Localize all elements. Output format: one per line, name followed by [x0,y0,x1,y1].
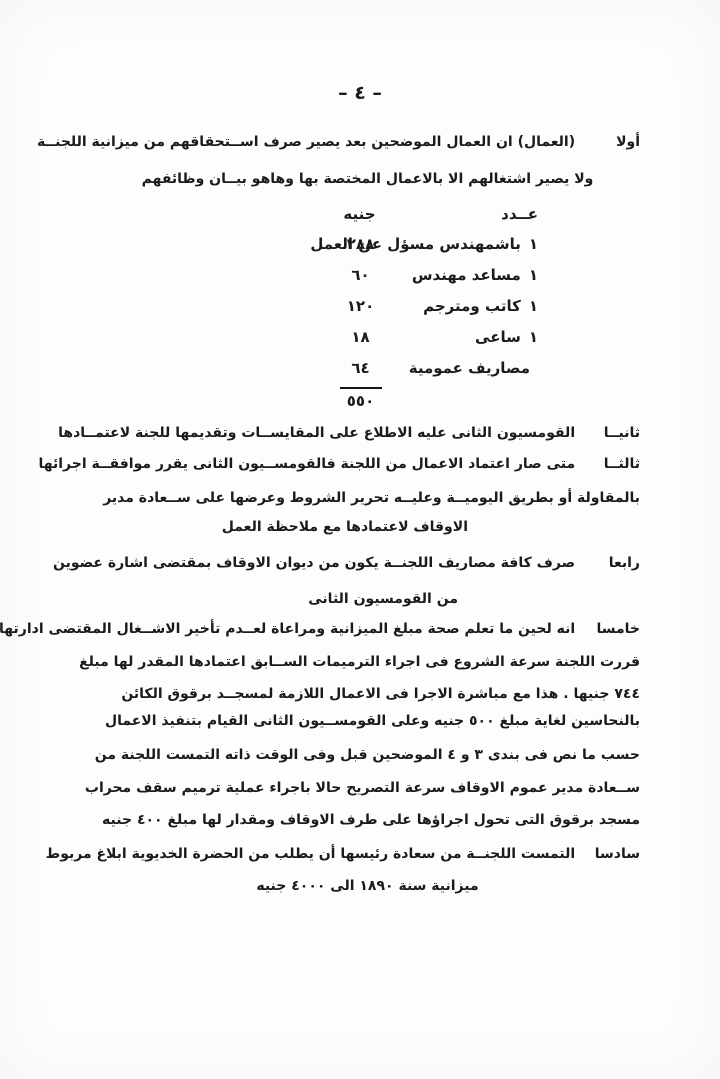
row-count: ١ [529,235,538,253]
page-number: – ٤ – [0,82,720,104]
clause-3-text: متى صار اعتماد الاعمال من اللجنة فالقومس… [38,456,575,472]
clause-4-text: صرف كافة مصاريف اللجنــة يكون من ديوان ا… [53,555,575,571]
row-label: مصاريف عمومية [409,359,530,377]
row-count: ١ [529,328,538,346]
clause-3-line-3: الاوقاف لاعتمادها مع ملاحظة العمل [95,515,640,539]
row-label: ساعى [475,328,521,346]
table-total-row: ٥٥٠ [323,385,538,410]
budget-table: عــدد جنيه ١ باشمهندس مسؤل عن العمل ٢٨٨ … [323,200,538,410]
table-row: ١ كاتب ومترجم ١٢٠ [323,290,538,321]
clause-3-marker: ثالثــا [580,452,640,476]
clause-5-line-5: حسب ما نص فى بندى ٣ و ٤ الموضحين قبل وفى… [95,743,640,767]
clause-5-line-4: بالنحاسين لغاية مبلغ ٥٠٠ جنيه وعلى القوم… [95,709,640,733]
clause-2-text: القومسيون الثانى عليه الاطلاع على المقاي… [58,425,575,441]
total-rule [340,387,382,389]
row-label: كاتب ومترجم [423,297,521,315]
row-amount: ٦٠ [323,266,398,284]
clause-3-line-1: ثالثــا متى صار اعتماد الاعمال من اللجنة… [95,452,640,476]
clause-4-line-1: رابعا صرف كافة مصاريف اللجنــة يكون من د… [95,551,640,575]
row-amount: ٢٨٨ [323,235,398,253]
row-amount: ١٢٠ [323,297,398,315]
clause-5-line-1: خامسا انه لحين ما تعلم صحة مبلغ الميزاني… [95,617,640,641]
clause-2-line-1: ثانيــا القومسيون الثانى عليه الاطلاع عل… [95,421,640,445]
clause-6-line-2: ميزانية سنة ١٨٩٠ الى ٤٠٠٠ جنيه [95,874,640,898]
table-header-amount: جنيه [323,205,396,223]
clause-5-line-6: ســعادة مدير عموم الاوقاف سرعة التصريح ح… [95,776,640,800]
document-page: – ٤ – أولا (العمال) ان العمال الموضحين ب… [0,0,720,1079]
table-row: مصاريف عمومية ٦٤ [323,352,538,383]
clause-4-line-2: من القومسيون الثانى [95,587,640,611]
row-count: ١ [529,266,538,284]
clause-3-line-2: بالمقاولة أو بطريق اليوميــة وعليــه تحر… [95,486,640,510]
clause-1-marker: أولا [580,130,640,154]
table-row: ١ ساعى ١٨ [323,321,538,352]
table-header-row: عــدد جنيه [323,200,538,228]
clause-1-line-2: ولا يصير اشتغالهم الا بالاعمال المختصة ب… [95,167,640,191]
clause-1-line-1: أولا (العمال) ان العمال الموضحين بعد يصي… [95,130,640,154]
clause-6-line-1: سادسا التمست اللجنــة من سعادة رئيسها أن… [95,842,640,866]
clause-6-marker: سادسا [580,842,640,866]
clause-1-text: (العمال) ان العمال الموضحين بعد يصير صرف… [37,134,575,150]
row-amount: ٦٤ [323,359,398,377]
table-row: ١ مساعد مهندس ٦٠ [323,259,538,290]
table-row: ١ باشمهندس مسؤل عن العمل ٢٨٨ [323,228,538,259]
clause-5-text: انه لحين ما تعلم صحة مبلغ الميزانية ومرا… [0,621,575,637]
clause-6-text: التمست اللجنــة من سعادة رئيسها أن يطلب … [46,846,575,862]
clause-5-line-7: مسجد برقوق التى تحول اجراؤها على طرف الا… [95,808,640,832]
row-label: مساعد مهندس [412,266,521,284]
clause-2-marker: ثانيــا [580,421,640,445]
row-amount: ١٨ [323,328,398,346]
total-value: ٥٥٠ [323,392,398,410]
clause-5-line-2: قررت اللجنة سرعة الشروع فى اجراء الترميم… [95,650,640,674]
row-count: ١ [529,297,538,315]
clause-5-line-3: ٧٤٤ جنيها . هذا مع مباشرة الاجرا فى الاع… [95,682,640,706]
table-header-count: عــدد [396,205,538,223]
clause-5-marker: خامسا [580,617,640,641]
clause-4-marker: رابعا [580,551,640,575]
